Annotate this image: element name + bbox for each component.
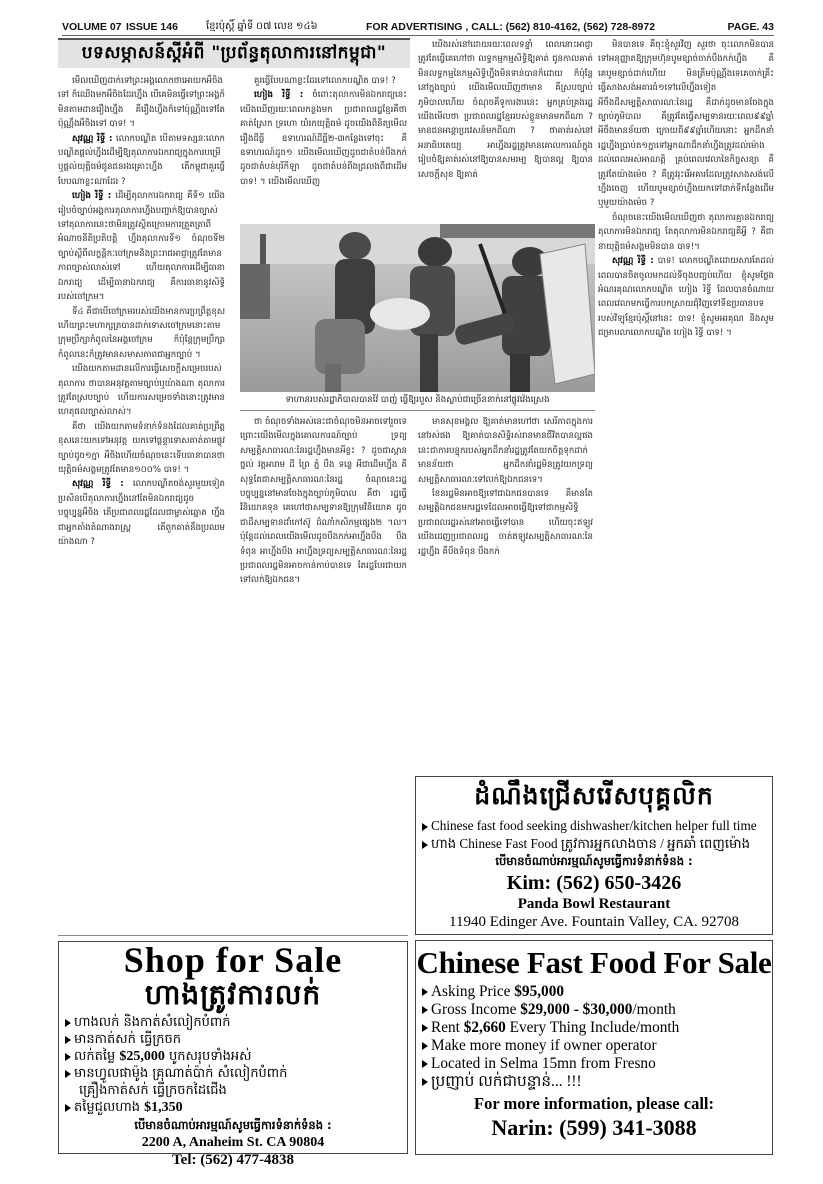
- bullet-arrow-icon: [422, 988, 428, 996]
- shop-sale-ad: Shop for Sale ហាងត្រូវការលក់ ហាងលក់ និងក…: [58, 941, 408, 1154]
- bullet-arrow-icon: [422, 841, 428, 849]
- article-paragraph: គួរធ្វើបែបណាខ្លះដែរទៅលោកបណ្ឌិត បាទ! ?: [240, 74, 407, 88]
- article-title: បទសម្ភាសន៍ស្តីអំពី "ប្រព័ន្ធតុលាការនៅកម្…: [58, 38, 410, 68]
- bullet-arrow-icon: [422, 823, 428, 831]
- article-paragraph: ថា ចំណុចទាំងអស់នេះជាចំណុចមិនអាចទៅរួចទេ ព…: [240, 415, 407, 588]
- job-ad-phone[interactable]: Kim: (562) 650-3426: [416, 871, 772, 895]
- article-column-2-bottom: ថា ចំណុចទាំងអស់នេះជាចំណុចមិនអាចទៅរួចទេ ព…: [240, 415, 407, 770]
- article-paragraph: សុវណ្ណ រិទ្ធី : លោកបណ្ឌិត បើតាមទស្សនៈលោក…: [58, 132, 225, 190]
- paragraph-text: ទី៤ គឺជាបើចៅក្រមរបស់យើងមានការប្រព្រឹត្តខ…: [58, 307, 225, 360]
- article-paragraph: មិនបានទេ គឺចុះខ្ញុំសួរវិញ សួរថា ចុះលោកមិ…: [598, 38, 774, 211]
- paragraph-text: មិនបានទេ គឺចុះខ្ញុំសួរវិញ សួរថា ចុះលោកមិ…: [598, 40, 774, 208]
- article-paragraph: ខែនរដ្ឋមិនអាចឱ្យទៅជាឯកជនបានទេ គឺមានតែសម្…: [418, 487, 593, 559]
- article-column-2-top: គួរធ្វើបែបណាខ្លះដែរទៅលោកបណ្ឌិត បាទ! ?ហៀង…: [240, 74, 407, 220]
- paragraph-text: ចំពោះតុលាការមិនឯករាជ្យនេះ យើងឃើញរយៈពេលកន…: [240, 90, 407, 186]
- food-sale-item: Asking Price $95,000: [422, 983, 772, 1001]
- shop-sale-title: Shop for Sale: [59, 942, 407, 978]
- paragraph-text: យើងយកតាមដានលើការធ្វើសេចក្តីសម្រេចរបស់តុល…: [58, 364, 225, 417]
- bullet-arrow-icon: [65, 1019, 71, 1027]
- paragraph-text: ចំណុចនេះយើងមើលឃើញថា តុលាការគ្មានឯករាជ្យ …: [598, 213, 774, 252]
- bullet-arrow-icon: [65, 1053, 71, 1061]
- shop-sale-tel[interactable]: Tel: (562) 477-4838: [59, 1151, 407, 1169]
- article-paragraph: ហៀង រិទ្ធី : ដើម្បីតុលាការឯករាជ្យ គឺទី១ …: [58, 189, 225, 304]
- paragraph-text: យើងរស់នៅដោយរយៈពេលទន្ទាំ ពេលនោះអាជ្ញាត្រូ…: [418, 40, 593, 180]
- issue-label: ISSUE 146: [126, 21, 206, 33]
- shop-sale-list: ហាងលក់ និងកាត់សំលៀកបំពាក់មានកាត់សក់ ធ្វើ…: [59, 1014, 407, 1116]
- article-paragraph: មានសុខមង្គល ឱ្យគាត់មានហៅថា សេរីភាពក្នុងក…: [418, 415, 593, 487]
- bullet-arrow-icon: [422, 1006, 428, 1014]
- shop-sale-item: លក់តម្លៃ $25,000 បូកសរុបទាំងអស់: [65, 1048, 407, 1065]
- speaker-name: សុវណ្ណ រិទ្ធី :: [72, 134, 112, 144]
- article-paragraph: គឺថា យើងយកតាមទំនាក់ទំនងដែលគាត់ប្រព្រឹត្ត…: [58, 420, 225, 478]
- shop-sale-item: មានហ្វូលផាម៉ូង គ្រុណាត់ប៉ាក់ សំលៀកបំពាក់: [65, 1065, 407, 1082]
- page-number: PAGE. 43: [714, 21, 774, 33]
- speaker-name: សុវណ្ណ រិទ្ធី :: [612, 256, 654, 266]
- paragraph-text: មើលឃើញដាក់ទៅព្រះអង្គលោកថាអោយកអឹចិងទៅ ក៏ឈ…: [58, 76, 225, 129]
- job-ad-contact-prompt: បើមានចំណាប់អារម្មណ៍សូមធ្វើការទំនាក់ទំនង …: [416, 854, 772, 871]
- food-sale-ad: Chinese Fast Food For Sale Asking Price …: [415, 940, 773, 1155]
- shop-sale-contact-prompt: បើមានចំណាប់អារម្មណ៍សូមធ្វើការទំនាក់ទំនង …: [59, 1118, 407, 1135]
- food-sale-item: Rent $2,660 Every Thing Include/month: [422, 1019, 772, 1037]
- shop-sale-address: 2200 A, Anaheim St. CA 90804: [59, 1135, 407, 1151]
- speaker-name: ហៀង រិទ្ធី :: [254, 90, 303, 100]
- bullet-arrow-icon: [422, 1042, 428, 1050]
- article-column-4: មិនបានទេ គឺចុះខ្ញុំសួរវិញ សួរថា ចុះលោកមិ…: [598, 38, 774, 774]
- food-sale-title: Chinese Fast Food For Sale: [416, 945, 772, 981]
- shop-sale-item: គ្រឿងកាត់សក់ ធ្វើក្រចកដៃជើង: [65, 1082, 407, 1099]
- paragraph-text: គួរធ្វើបែបណាខ្លះដែរទៅលោកបណ្ឌិត បាទ! ?: [254, 76, 396, 86]
- article-column-3-top: យើងរស់នៅដោយរយៈពេលទន្ទាំ ពេលនោះអាជ្ញាត្រូ…: [418, 38, 593, 220]
- food-sale-item: Gross Income $29,000 - $30,000/month: [422, 1001, 772, 1019]
- bullet-arrow-icon: [422, 1078, 428, 1086]
- article-paragraph: ទី៤ គឺជាបើចៅក្រមរបស់យើងមានការប្រព្រឹត្តខ…: [58, 305, 225, 363]
- food-sale-more-info: For more information, please call:: [416, 1094, 772, 1114]
- article-paragraph: យើងរស់នៅដោយរយៈពេលទន្ទាំ ពេលនោះអាជ្ញាត្រូ…: [418, 38, 593, 182]
- paragraph-text: ថា ចំណុចទាំងអស់នេះជាចំណុចមិនអាចទៅរួចទេ ព…: [240, 417, 407, 585]
- article-paragraph: យើងយកតាមដានលើការធ្វើសេចក្តីសម្រេចរបស់តុល…: [58, 362, 225, 420]
- bullet-arrow-icon: [422, 1060, 428, 1068]
- paragraph-text: គឺថា យើងយកតាមទំនាក់ទំនងដែលគាត់ប្រព្រឹត្ត…: [58, 422, 225, 475]
- food-sale-list: Asking Price $95,000Gross Income $29,000…: [416, 983, 772, 1091]
- food-sale-item: Located in Selma 15mn from Fresno: [422, 1055, 772, 1073]
- paragraph-text: បាទ! លោកបណ្ឌិតដោយសារតែដល់ពេលបានចិតចូលមកដ…: [598, 256, 774, 338]
- paragraph-text: លោកបណ្ឌិតចង់សួរមួយទៀត ប្រសិនបើតុលាការហ្ន…: [58, 479, 225, 547]
- job-ad-line-kh: ហាង Chinese Fast Food ត្រូវការអ្នកលាងចាន…: [416, 835, 772, 853]
- khmer-issue-label: ខ្មែរប៉ុស្តិ៍ ឆ្នាំទី ០៧ លេខ ១៤៦: [206, 19, 366, 34]
- article-column-1: មើលឃើញដាក់ទៅព្រះអង្គលោកថាអោយកអឹចិងទៅ ក៏ឈ…: [58, 74, 225, 934]
- job-ad-line-en: Chinese fast food seeking dishwasher/kit…: [416, 817, 772, 835]
- bullet-arrow-icon: [65, 1036, 71, 1044]
- paragraph-text: មានសុខមង្គល ឱ្យគាត់មានហៅថា សេរីភាពក្នុងក…: [418, 417, 593, 485]
- article-paragraph: សុវណ្ណ រិទ្ធី : លោកបណ្ឌិតចង់សួរមួយទៀត ប្…: [58, 477, 225, 549]
- bullet-arrow-icon: [422, 1024, 428, 1032]
- food-sale-item: Make more money if owner operator: [422, 1037, 772, 1055]
- bullet-arrow-icon: [65, 1070, 71, 1078]
- shop-sale-item: ហាងលក់ និងកាត់សំលៀកបំពាក់: [65, 1014, 407, 1031]
- riot-police-photo-icon: [240, 224, 595, 392]
- shop-sale-title-kh: ហាងត្រូវការលក់: [59, 978, 407, 1012]
- job-ad-title: ដំណឹងជ្រើសរើសបុគ្គលិក: [416, 781, 772, 817]
- job-ad: ដំណឹងជ្រើសរើសបុគ្គលិក Chinese fast food …: [415, 776, 773, 935]
- paragraph-text: ដើម្បីតុលាការឯករាជ្យ គឺទី១ យើងរៀបចំច្បាប…: [58, 191, 225, 302]
- ad-divider: [58, 935, 408, 936]
- news-photo: [240, 224, 595, 392]
- speaker-name: ហៀង រិទ្ធី :: [72, 191, 111, 201]
- shop-sale-item: តម្លៃជួលហាង $1,350: [65, 1099, 407, 1116]
- article-column-3-bottom: មានសុខមង្គល ឱ្យគាត់មានហៅថា សេរីភាពក្នុងក…: [418, 415, 593, 770]
- article-paragraph: ចំណុចនេះយើងមើលឃើញថា តុលាការគ្មានឯករាជ្យ …: [598, 211, 774, 254]
- food-sale-item: ប្រញាប់ លក់ជាបន្ទាន់... !!!: [422, 1073, 772, 1091]
- article-paragraph: មើលឃើញដាក់ទៅព្រះអង្គលោកថាអោយកអឹចិងទៅ ក៏ឈ…: [58, 74, 225, 132]
- food-sale-phone[interactable]: Narin: (599) 341-3088: [416, 1114, 772, 1142]
- shop-sale-item: មានកាត់សក់ ធ្វើក្រចក: [65, 1031, 407, 1048]
- article-paragraph: សុវណ្ណ រិទ្ធី : បាទ! លោកបណ្ឌិតដោយសារតែដល…: [598, 254, 774, 340]
- page-header: VOLUME 07 ISSUE 146 ខ្មែរប៉ុស្តិ៍ ឆ្នាំទ…: [62, 18, 774, 36]
- bullet-arrow-icon: [65, 1104, 71, 1112]
- photo-caption: ទាហានរបស់រដ្ឋាភិបាលបានវ៉ៃ បាញ់ ធ្វើឱ្យរប…: [240, 395, 595, 411]
- speaker-name: សុវណ្ណ រិទ្ធី :: [72, 479, 124, 489]
- article-paragraph: ហៀង រិទ្ធី : ចំពោះតុលាការមិនឯករាជ្យនេះ យ…: [240, 88, 407, 189]
- job-ad-address: 11940 Edinger Ave. Fountain Valley, CA. …: [416, 913, 772, 931]
- job-ad-business: Panda Bowl Restaurant: [416, 895, 772, 913]
- advertising-contact: FOR ADVERTISING , CALL: (562) 810-4162, …: [366, 21, 714, 33]
- volume-label: VOLUME 07: [62, 21, 126, 33]
- paragraph-text: ខែនរដ្ឋមិនអាចឱ្យទៅជាឯកជនបានទេ គឺមានតែសម្…: [418, 489, 593, 557]
